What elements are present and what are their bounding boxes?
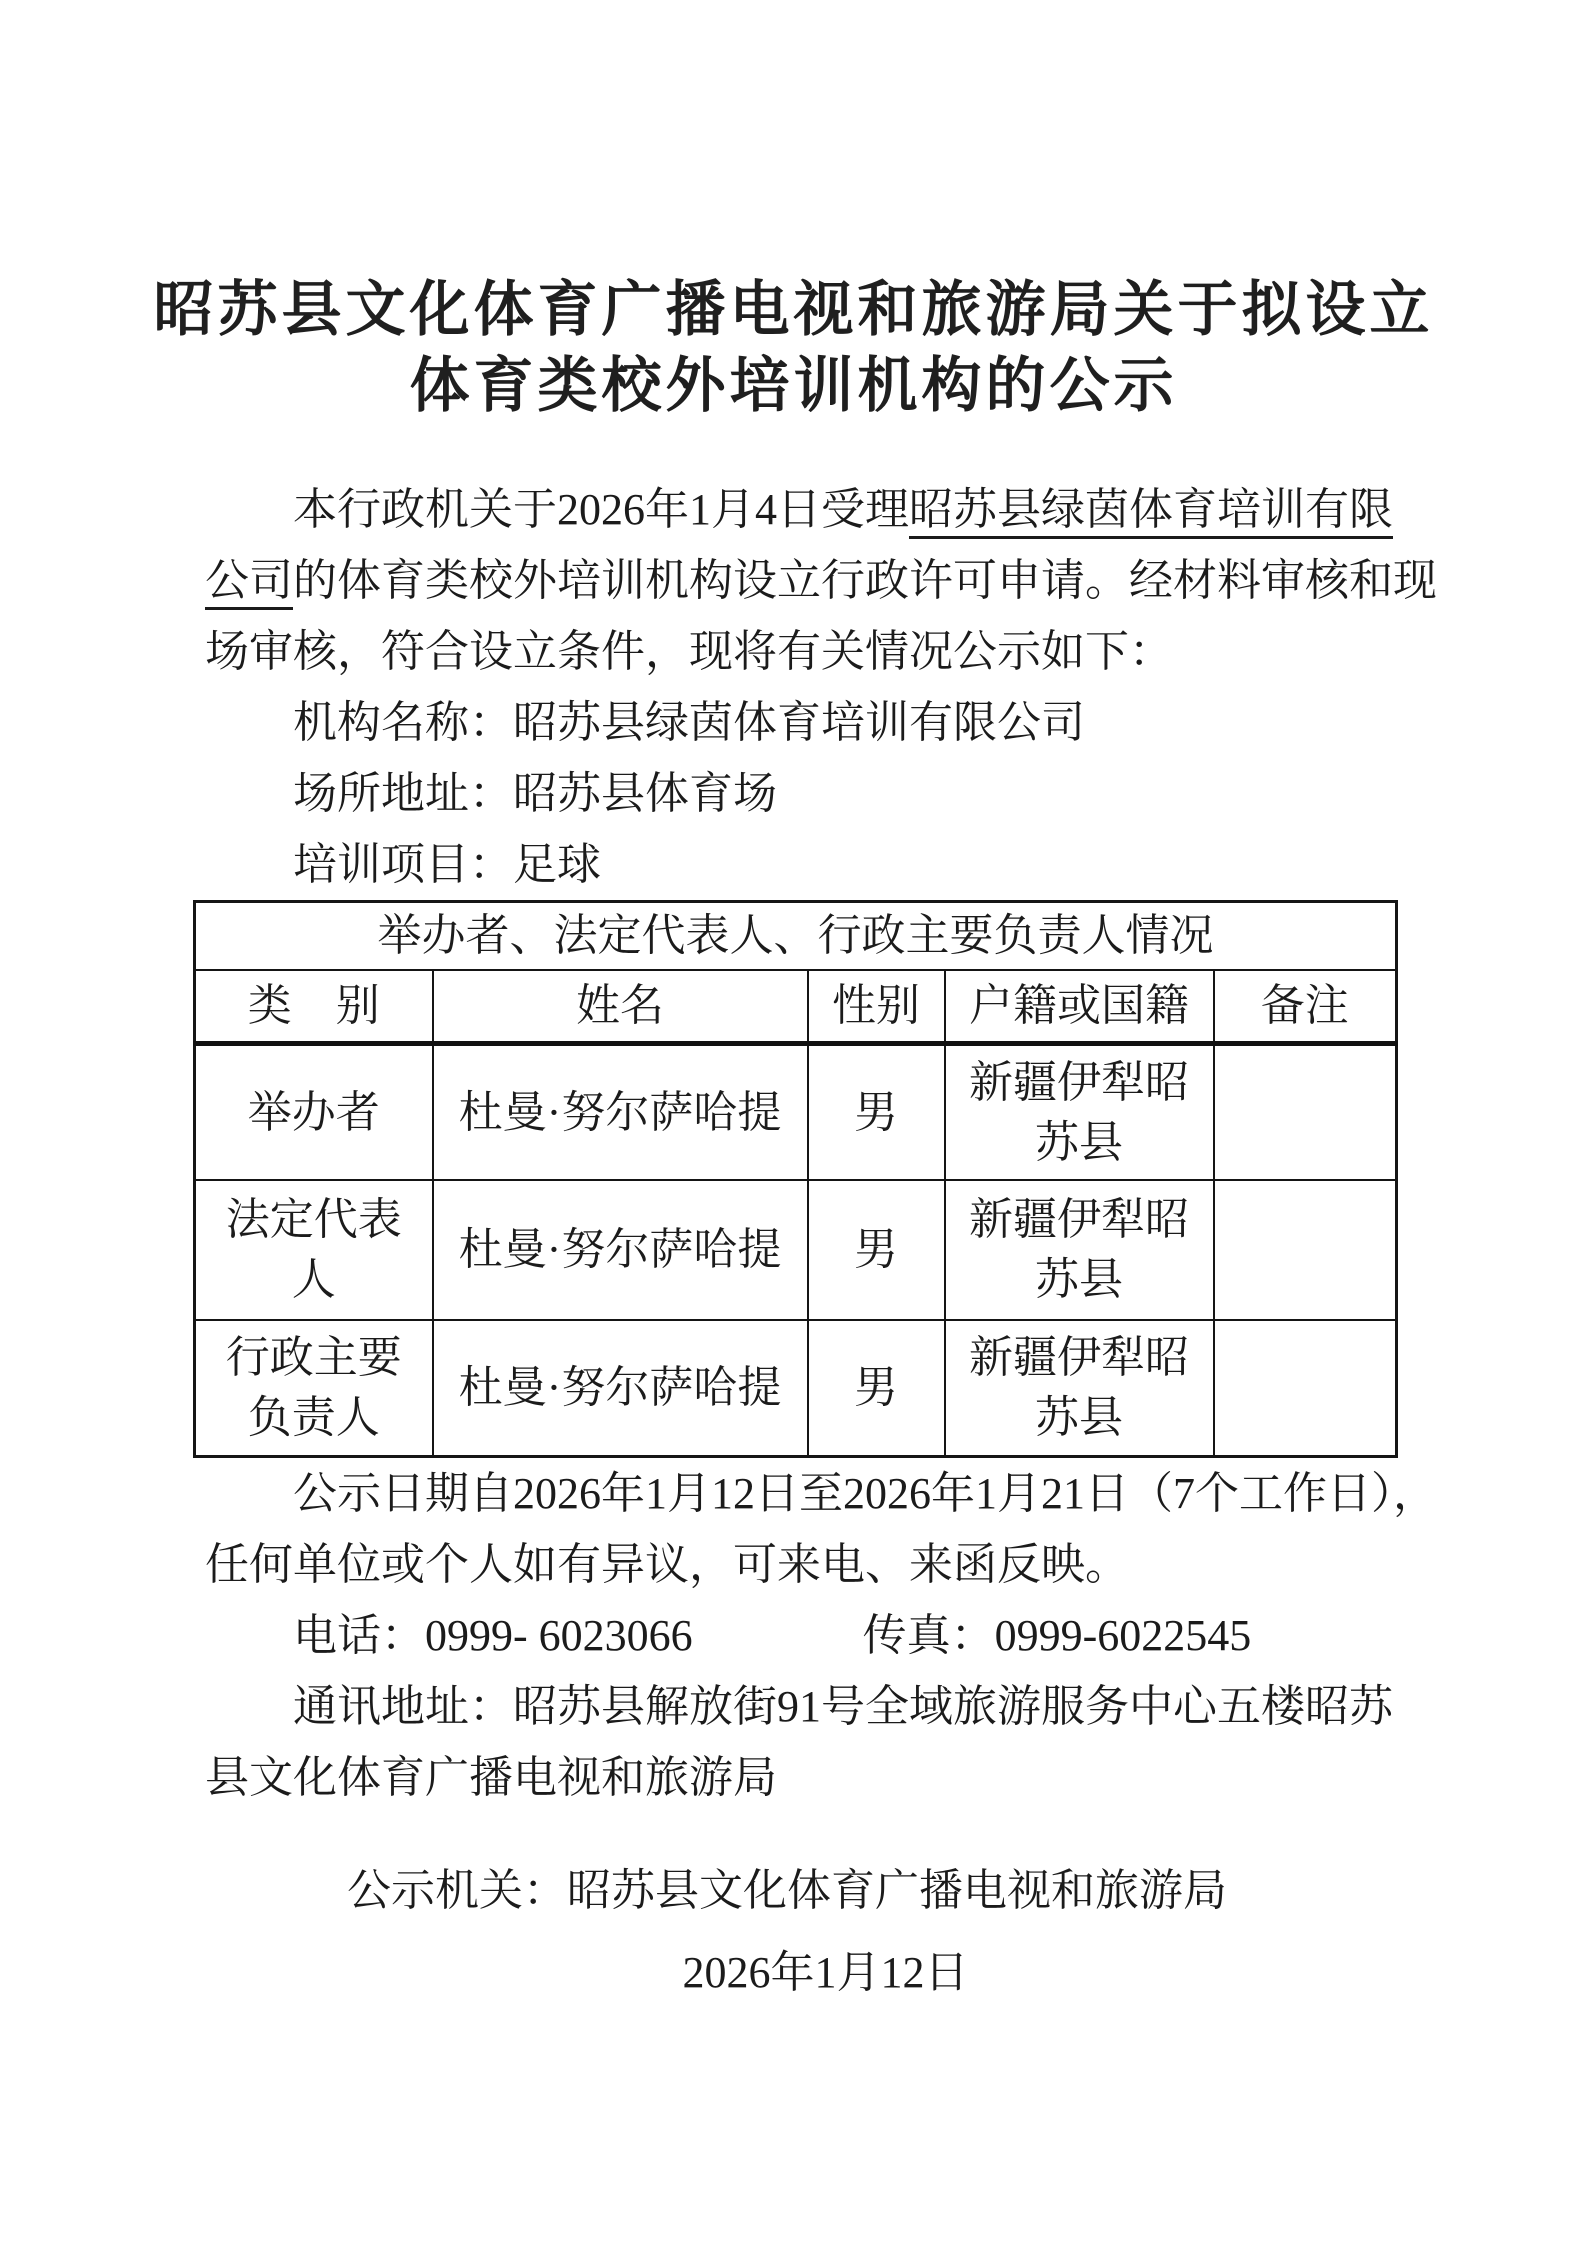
cell-gender: 男 [808, 1180, 945, 1320]
issuing-authority-line: 公示机关：昭苏县文化体育广播电视和旅游局 [205, 1855, 1460, 1926]
cell-remark [1214, 1044, 1397, 1181]
fax-number: 0999-6022545 [995, 1611, 1252, 1660]
phone-number: 0999- 6023066 [425, 1611, 693, 1660]
table-header-gender: 性别 [808, 970, 945, 1044]
cell-residence: 新疆伊犁昭 苏县 [945, 1320, 1214, 1457]
document-page: 昭苏县文化体育广播电视和旅游局关于拟设立 体育类校外培训机构的公示 本行政机关于… [0, 0, 1587, 2245]
info-line-training-program: 培训项目：足球 [205, 829, 1460, 900]
table-header-name: 姓名 [433, 970, 808, 1044]
cell-category: 举办者 [195, 1044, 433, 1181]
cell-gender: 男 [808, 1044, 945, 1181]
table-header-residence: 户籍或国籍 [945, 970, 1214, 1044]
issue-date-line: 2026年1月12日 [0, 1937, 1587, 2008]
mailing-address-paragraph: 通讯地址：昭苏县解放街91号全域旅游服务中心五楼昭苏 县文化体育广播电视和旅游局 [205, 1671, 1460, 1813]
document-title: 昭苏县文化体育广播电视和旅游局关于拟设立 体育类校外培训机构的公示 [100, 272, 1487, 424]
table-header-category: 类 别 [195, 970, 433, 1044]
phone-label: 电话： [293, 1611, 425, 1660]
cell-residence: 新疆伊犁昭 苏县 [945, 1044, 1214, 1181]
document-body: 本行政机关于2026年1月4日受理昭苏县绿茵体育培训有限 公司的体育类校外培训机… [0, 474, 1587, 2008]
cell-remark [1214, 1180, 1397, 1320]
cell-residence: 新疆伊犁昭 苏县 [945, 1180, 1214, 1320]
table-caption: 举办者、法定代表人、行政主要负责人情况 [195, 902, 1397, 971]
table-header-remark: 备注 [1214, 970, 1397, 1044]
publicity-period-paragraph: 公示日期自2026年1月12日至2026年1月21日（7个工作日）， 任何单位或… [205, 1458, 1460, 1600]
info-line-venue-address: 场所地址：昭苏县体育场 [205, 758, 1460, 829]
info-line-institution-name: 机构名称：昭苏县绿茵体育培训有限公司 [205, 687, 1460, 758]
intro-text-post: 的体育类校外培训机构设立行政许可申请。经材料审核和现 场审核，符合设立条件，现将… [205, 556, 1437, 676]
cell-category: 法定代表 人 [195, 1180, 433, 1320]
cell-remark [1214, 1320, 1397, 1457]
intro-text-pre: 本行政机关于2026年1月4日受理 [293, 485, 909, 534]
intro-paragraph: 本行政机关于2026年1月4日受理昭苏县绿茵体育培训有限 公司的体育类校外培训机… [205, 474, 1460, 687]
table-header-row: 类 别 姓名 性别 户籍或国籍 备注 [195, 970, 1397, 1044]
cell-name: 杜曼·努尔萨哈提 [433, 1320, 808, 1457]
table-row: 举办者 杜曼·努尔萨哈提 男 新疆伊犁昭 苏县 [195, 1044, 1397, 1181]
cell-gender: 男 [808, 1320, 945, 1457]
table-caption-row: 举办者、法定代表人、行政主要负责人情况 [195, 902, 1397, 971]
cell-name: 杜曼·努尔萨哈提 [433, 1180, 808, 1320]
cell-category: 行政主要 负责人 [195, 1320, 433, 1457]
table-row: 行政主要 负责人 杜曼·努尔萨哈提 男 新疆伊犁昭 苏县 [195, 1320, 1397, 1457]
personnel-table: 举办者、法定代表人、行政主要负责人情况 类 别 姓名 性别 户籍或国籍 备注 举… [193, 900, 1398, 1458]
cell-name: 杜曼·努尔萨哈提 [433, 1044, 808, 1181]
fax-label: 传真： [863, 1611, 995, 1660]
table-row: 法定代表 人 杜曼·努尔萨哈提 男 新疆伊犁昭 苏县 [195, 1180, 1397, 1320]
contact-line: 电话：0999- 6023066传真：0999-6022545 [205, 1600, 1460, 1671]
